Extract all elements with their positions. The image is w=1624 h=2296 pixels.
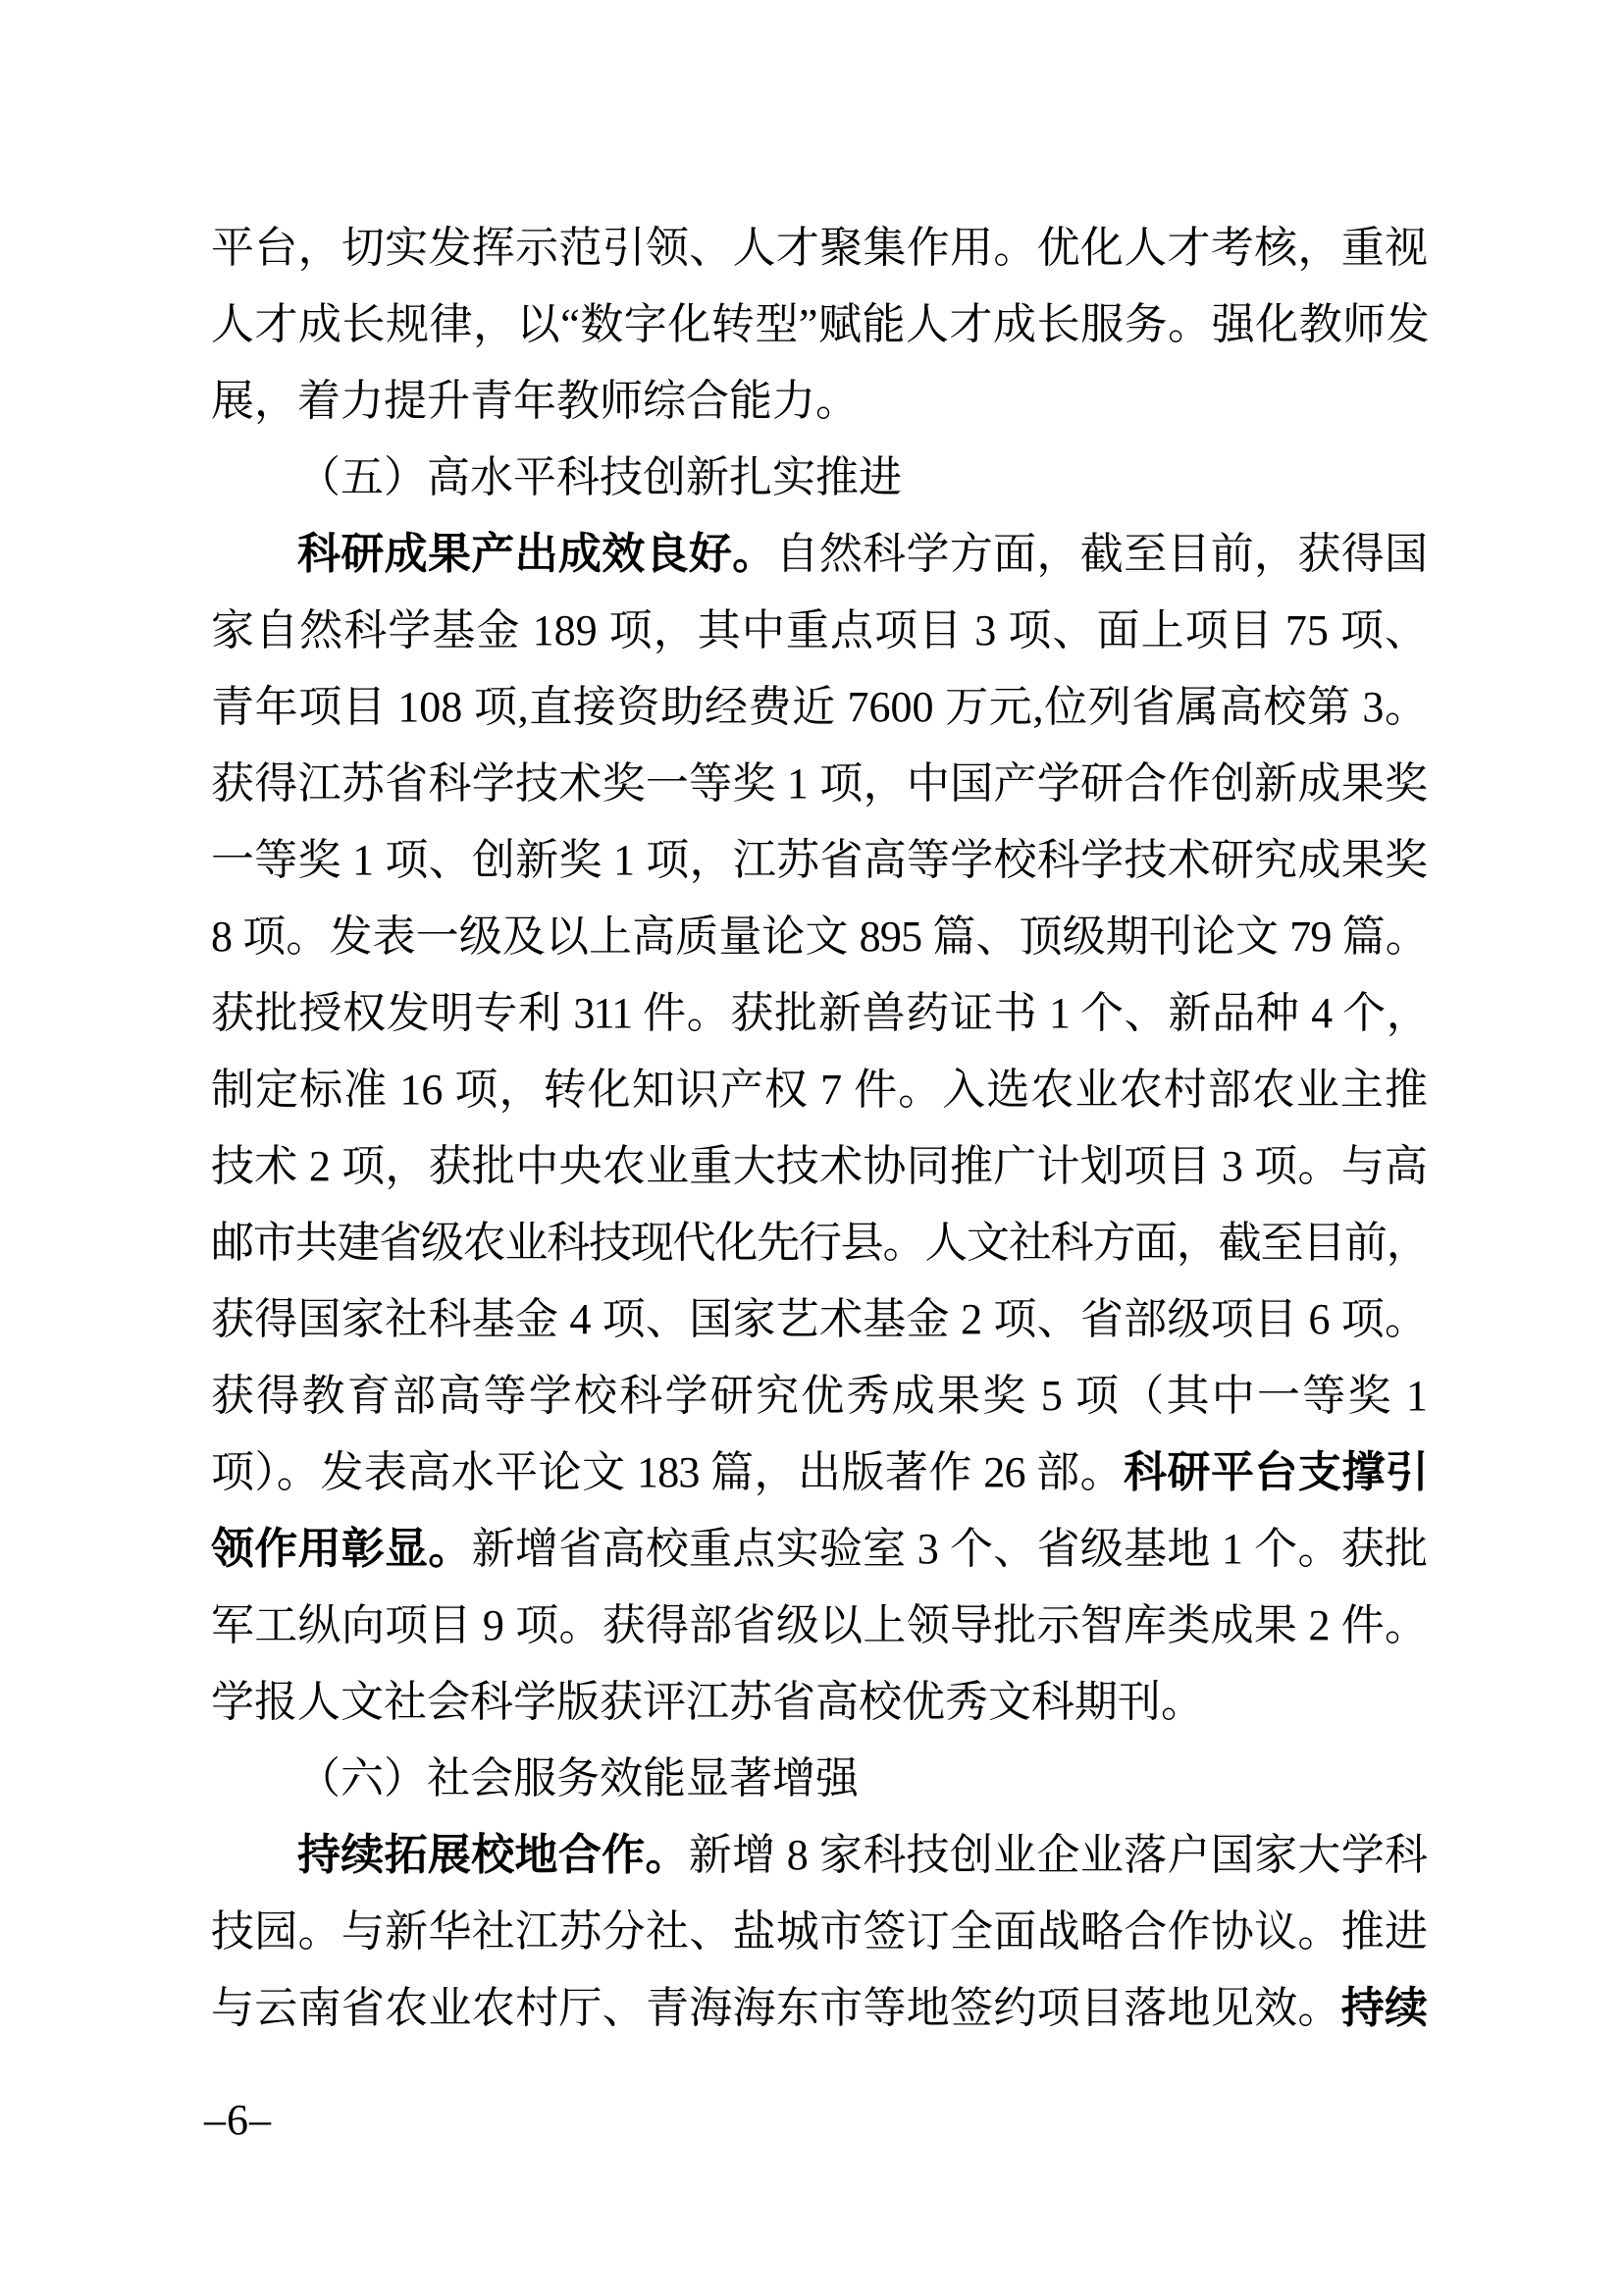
bold-text-run: 科研平台支撑引: [1124, 1448, 1428, 1496]
text-run: 技园。与新华社江苏分社、盐城市签订全面战略合作协议。推进: [211, 1907, 1428, 1956]
text-run: 新增省高校重点实验室 3 个、省级基地 1 个。获批: [472, 1525, 1428, 1573]
text-line: 制定标准 16 项，转化知识产权 7 件。入选农业农村部农业主推: [211, 1052, 1428, 1128]
text-line: 邮市共建省级农业科技现代化先行县。人文社科方面，截至目前，: [211, 1205, 1428, 1281]
text-line: 技园。与新华社江苏分社、盐城市签订全面战略合作协议。推进: [211, 1894, 1428, 1970]
text-line: 科研成果产出成效良好。自然科学方面，截至目前，获得国: [211, 516, 1428, 593]
text-run: 项）。发表高水平论文 183 篇，出版著作 26 部。: [211, 1448, 1124, 1496]
text-run: 制定标准 16 项，转化知识产权 7 件。入选农业农村部农业主推: [211, 1066, 1428, 1114]
text-run: 获批授权发明专利 311 件。获批新兽药证书 1 个、新品种 4 个，: [211, 989, 1428, 1037]
text-run: 展，着力提升青年教师综合能力。: [211, 377, 859, 425]
text-run: 技术 2 项，获批中央农业重大技术协同推广计划项目 3 项。与高: [211, 1142, 1428, 1190]
text-line: 一等奖 1 项、创新奖 1 项，江苏省高等学校科学技术研究成果奖: [211, 822, 1428, 899]
bold-text-run: 持续: [1341, 1984, 1428, 2032]
bold-text-run: 领作用彰显。: [211, 1525, 472, 1573]
document-page: 平台，切实发挥示范引领、人才聚集作用。优化人才考核，重视人才成长规律，以“数字化…: [0, 0, 1624, 2296]
section-heading-line: （五）高水平科技创新扎实推进: [211, 440, 1428, 516]
text-line: 持续拓展校地合作。新增 8 家科技创业企业落户国家大学科: [211, 1817, 1428, 1894]
text-line: 获得江苏省科学技术奖一等奖 1 项，中国产学研合作创新成果奖: [211, 746, 1428, 822]
text-line: 青年项目 108 项,直接资助经费近 7600 万元,位列省属高校第 3。: [211, 669, 1428, 746]
text-line: 人才成长规律，以“数字化转型”赋能人才成长服务。强化教师发: [211, 287, 1428, 363]
text-run: 青年项目 108 项,直接资助经费近 7600 万元,位列省属高校第 3。: [211, 683, 1428, 731]
text-line: 平台，切实发挥示范引领、人才聚集作用。优化人才考核，重视: [211, 210, 1428, 287]
text-run: 获得江苏省科学技术奖一等奖 1 项，中国产学研合作创新成果奖: [211, 759, 1428, 808]
text-run: 获得教育部高等学校科学研究优秀成果奖 5 项（其中一等奖 1: [211, 1372, 1428, 1420]
text-line: 项）。发表高水平论文 183 篇，出版著作 26 部。科研平台支撑引: [211, 1435, 1428, 1511]
text-run: 一等奖 1 项、创新奖 1 项，江苏省高等学校科学技术研究成果奖: [211, 836, 1428, 884]
text-line: 与云南省农业农村厅、青海海东市等地签约项目落地见效。持续: [211, 1970, 1428, 2047]
text-run: 获得国家社科基金 4 项、国家艺术基金 2 项、省部级项目 6 项。: [211, 1295, 1428, 1343]
page-number: –6–: [204, 2096, 272, 2145]
text-line: 获得教育部高等学校科学研究优秀成果奖 5 项（其中一等奖 1: [211, 1358, 1428, 1435]
text-run: 与云南省农业农村厅、青海海东市等地签约项目落地见效。: [211, 1984, 1341, 2032]
text-run: 家自然科学基金 189 项，其中重点项目 3 项、面上项目 75 项、: [211, 606, 1428, 654]
text-run: 新增 8 家科技创业企业落户国家大学科: [689, 1831, 1428, 1879]
text-run: 8 项。发表一级及以上高质量论文 895 篇、顶级期刊论文 79 篇。: [211, 913, 1428, 961]
bold-text-run: 持续拓展校地合作。: [297, 1831, 689, 1879]
text-line: 领作用彰显。新增省高校重点实验室 3 个、省级基地 1 个。获批: [211, 1511, 1428, 1588]
section-heading-line: （六）社会服务效能显著增强: [211, 1741, 1428, 1817]
text-line: 获得国家社科基金 4 项、国家艺术基金 2 项、省部级项目 6 项。: [211, 1281, 1428, 1358]
text-run: （六）社会服务效能显著增强: [297, 1754, 859, 1802]
text-line: 学报人文社会科学版获评江苏省高校优秀文科期刊。: [211, 1664, 1428, 1741]
text-line: 8 项。发表一级及以上高质量论文 895 篇、顶级期刊论文 79 篇。: [211, 899, 1428, 975]
text-run: 军工纵向项目 9 项。获得部省级以上领导批示智库类成果 2 件。: [211, 1601, 1428, 1649]
text-line: 获批授权发明专利 311 件。获批新兽药证书 1 个、新品种 4 个，: [211, 975, 1428, 1052]
text-run: 邮市共建省级农业科技现代化先行县。人文社科方面，截至目前，: [211, 1219, 1428, 1267]
text-run: 平台，切实发挥示范引领、人才聚集作用。优化人才考核，重视: [211, 224, 1428, 272]
text-line: 家自然科学基金 189 项，其中重点项目 3 项、面上项目 75 项、: [211, 593, 1428, 669]
document-body: 平台，切实发挥示范引领、人才聚集作用。优化人才考核，重视人才成长规律，以“数字化…: [211, 210, 1428, 2047]
text-run: 学报人文社会科学版获评江苏省高校优秀文科期刊。: [211, 1678, 1204, 1726]
text-run: 人才成长规律，以“数字化转型”赋能人才成长服务。强化教师发: [211, 300, 1428, 348]
text-run: （五）高水平科技创新扎实推进: [297, 453, 902, 501]
text-line: 技术 2 项，获批中央农业重大技术协同推广计划项目 3 项。与高: [211, 1128, 1428, 1205]
bold-text-run: 科研成果产出成效良好。: [297, 530, 776, 578]
text-run: 自然科学方面，截至目前，获得国: [776, 530, 1428, 578]
text-line: 展，着力提升青年教师综合能力。: [211, 363, 1428, 440]
text-line: 军工纵向项目 9 项。获得部省级以上领导批示智库类成果 2 件。: [211, 1588, 1428, 1664]
